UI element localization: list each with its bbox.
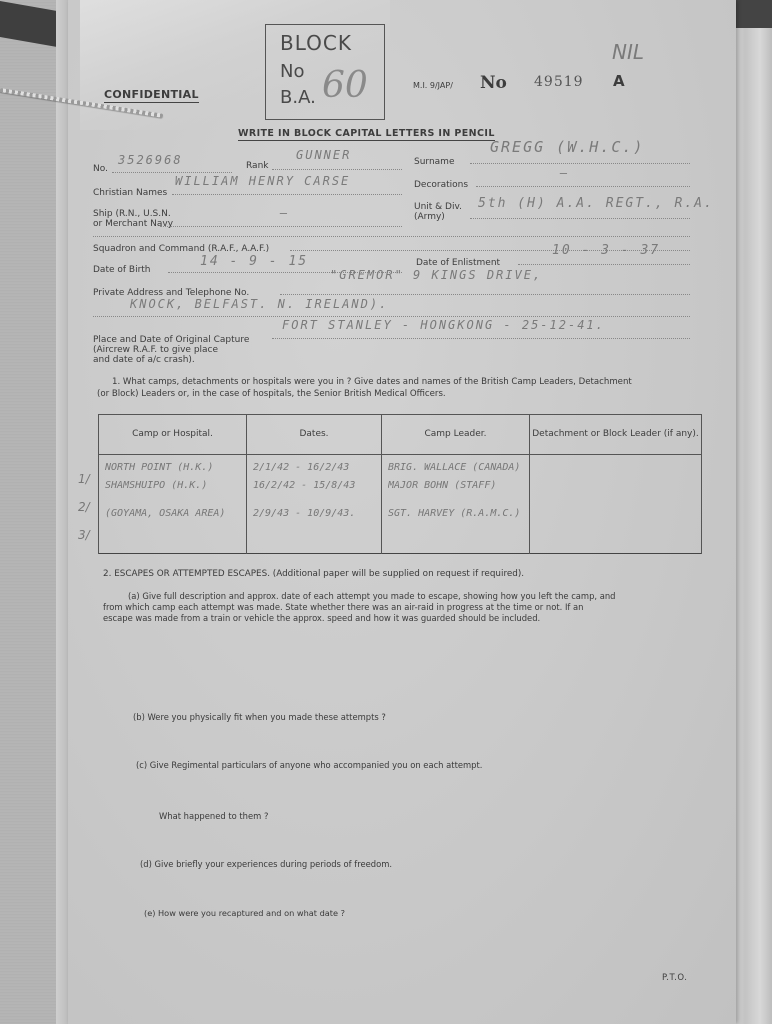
christian-names-value[interactable]: WILLIAM HENRY CARSE — [175, 174, 350, 188]
camp-entry-1[interactable]: NORTH POINT (H.K.) — [105, 459, 242, 477]
address-line1 — [280, 294, 690, 295]
section2-d: (d) Give briefly your experiences during… — [140, 858, 392, 870]
capture-line — [272, 338, 690, 339]
binder-cover — [0, 0, 62, 1024]
dates-entry-1[interactable]: 2/1/42 - 16/2/43 — [253, 459, 377, 477]
leader-entry-2[interactable]: MAJOR BOHN (STAFF) — [388, 477, 525, 495]
ship-label-line2: or Merchant Navy — [93, 219, 173, 229]
classification-label: CONFIDENTIAL — [104, 88, 199, 103]
number-label: No — [480, 73, 507, 93]
dates-entry-2[interactable]: 16/2/42 - 15/8/43 — [253, 477, 377, 495]
reference-label: M.I. 9/JAP/ — [413, 81, 453, 90]
section1-question-line2: (or Block) Leaders or, in the case of ho… — [97, 388, 446, 400]
section2-b: (b) Were you physically fit when you mad… — [133, 711, 386, 723]
address-value-line1[interactable]: "GREMOR" 9 KINGS DRIVE, — [330, 268, 542, 282]
margin-note: NIL — [612, 40, 644, 64]
section2-c-followup: What happened to them ? — [159, 810, 268, 822]
capture-value[interactable]: FORT STANLEY - HONGKONG - 25-12-41. — [282, 318, 605, 332]
unit-line — [470, 218, 690, 219]
block-number-box: BLOCK No B.A. 60 — [265, 24, 385, 120]
header-camp-leader: Camp Leader. — [382, 415, 530, 455]
header-detachment-leader: Detachment or Block Leader (if any). — [530, 415, 702, 455]
row-marker-1: 1/ — [78, 472, 90, 500]
number-field-label: No. — [93, 164, 108, 174]
rank-field-label: Rank — [246, 161, 269, 171]
section1-question-line1: 1. What camps, detachments or hospitals … — [112, 376, 712, 388]
squadron-label: Squadron and Command (R.A.F., A.A.F.) — [93, 244, 269, 254]
leader-entry-1[interactable]: BRIG. WALLACE (CANADA) — [388, 459, 525, 477]
camp-entry-2[interactable]: SHAMSHUIPO (H.K.) — [105, 477, 242, 495]
block-label: BLOCK — [280, 31, 352, 55]
camps-table-header: Camp or Hospital. Dates. Camp Leader. De… — [99, 415, 702, 455]
serial-number: 49519 — [534, 74, 584, 90]
paper-stack-corner — [732, 0, 772, 28]
dates-column: 2/1/42 - 16/2/43 16/2/42 - 15/8/43 2/9/4… — [247, 455, 382, 554]
decorations-value[interactable]: — — [560, 166, 569, 180]
row-marker-3: 3/ — [78, 528, 90, 556]
capture-label-line3: and date of a/c crash). — [93, 355, 195, 365]
ship-value[interactable]: — — [280, 206, 289, 220]
section2-a-line3: escape was made from a train or vehicle … — [103, 612, 540, 624]
unit-label-line1: Unit & Div. — [414, 202, 462, 212]
camps-table-body: NORTH POINT (H.K.) SHAMSHUIPO (H.K.) (GO… — [99, 455, 702, 554]
enlistment-value[interactable]: 10 - 3 - 37 — [552, 243, 660, 258]
header-camp: Camp or Hospital. — [99, 415, 247, 455]
leader-entry-3[interactable]: SGT. HARVEY (R.A.M.C.) — [388, 505, 525, 523]
decorations-line — [476, 186, 690, 187]
dob-label: Date of Birth — [93, 265, 151, 275]
capture-label-line1: Place and Date of Original Capture — [93, 335, 249, 345]
divider-line — [93, 236, 690, 237]
surname-field-label: Surname — [414, 157, 454, 167]
leader-column: BRIG. WALLACE (CANADA) MAJOR BOHN (STAFF… — [382, 455, 530, 554]
dates-entry-3[interactable]: 2/9/43 - 10/9/43. — [253, 505, 377, 523]
row-marker-2: 2/ — [78, 500, 90, 528]
surname-field-value[interactable]: GREGG (W.H.C.) — [490, 138, 644, 156]
form-instruction: WRITE IN BLOCK CAPITAL LETTERS IN PENCIL — [238, 128, 495, 141]
camps-table: Camp or Hospital. Dates. Camp Leader. De… — [98, 414, 702, 554]
rank-field-value[interactable]: GUNNER — [296, 148, 351, 162]
camp-entry-3[interactable]: (GOYAMA, OSAKA AREA) — [105, 505, 242, 523]
unit-label-line2: (Army) — [414, 212, 445, 222]
binder-fold — [56, 0, 68, 1024]
enlistment-label: Date of Enlistment — [416, 258, 500, 268]
block-no-label: No — [280, 61, 304, 82]
block-number-value: 60 — [322, 65, 368, 106]
ship-label-line1: Ship (R.N., U.S.N. — [93, 209, 171, 219]
section2-e: (e) How were you recaptured and on what … — [144, 907, 345, 919]
christian-names-label: Christian Names — [93, 188, 167, 198]
section2-c: (c) Give Regimental particulars of anyon… — [136, 759, 482, 771]
ship-line — [160, 226, 402, 227]
decorations-label: Decorations — [414, 180, 468, 190]
camp-column: NORTH POINT (H.K.) SHAMSHUIPO (H.K.) (GO… — [99, 455, 247, 554]
unit-value[interactable]: 5th (H) A.A. REGT., R.A. — [478, 196, 714, 211]
number-field-value[interactable]: 3526968 — [118, 153, 183, 167]
detachment-column — [530, 455, 702, 554]
enlistment-line — [518, 264, 690, 265]
surname-field-line — [470, 163, 690, 164]
header-dates: Dates. — [247, 415, 382, 455]
dob-value[interactable]: 14 - 9 - 15 — [200, 254, 308, 269]
section2-heading: 2. ESCAPES OR ATTEMPTED ESCAPES. (Additi… — [103, 568, 524, 580]
address-line2 — [93, 316, 690, 317]
row-markers: 1/ 2/ 3/ — [78, 472, 90, 556]
block-ba-label: B.A. — [280, 87, 316, 108]
address-value-line2[interactable]: KNOCK, BELFAST. N. IRELAND). — [130, 297, 388, 311]
christian-names-line — [172, 194, 402, 195]
rank-field-line — [272, 169, 402, 170]
page-turn-over-label: P.T.O. — [662, 973, 687, 983]
capture-label-line2: (Aircrew R.A.F. to give place — [93, 345, 218, 355]
number-field-line — [112, 172, 232, 173]
serial-suffix: A — [613, 72, 625, 90]
